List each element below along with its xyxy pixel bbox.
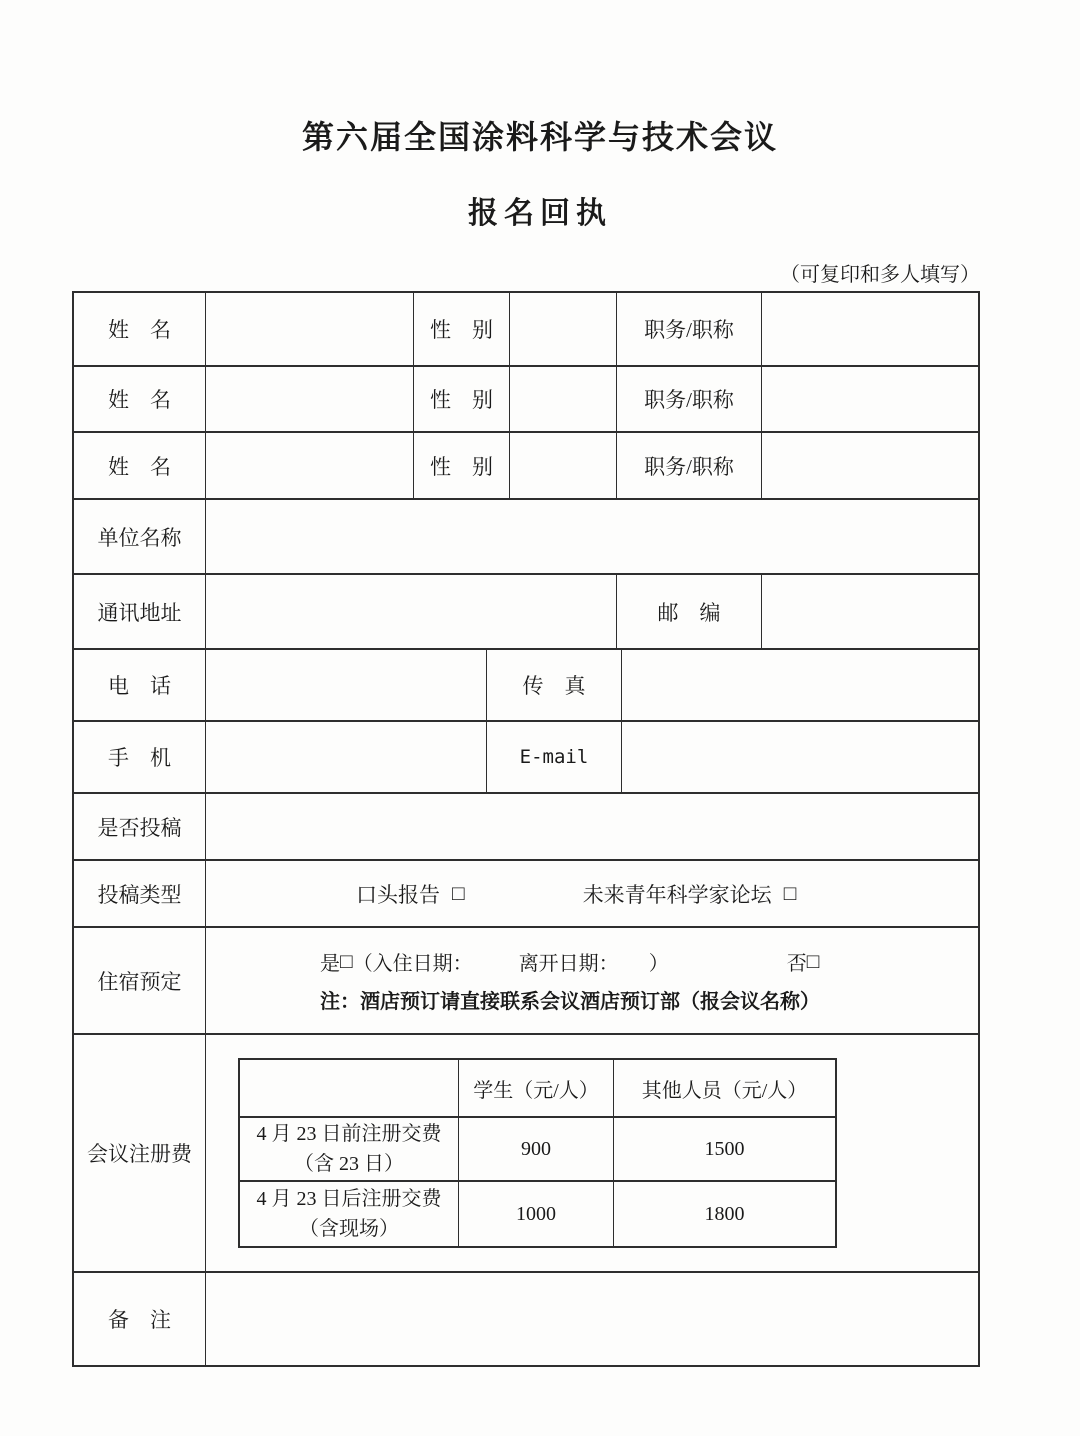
registration-fee-label: 会议注册费 — [87, 1138, 192, 1168]
mobile-input-cell[interactable] — [206, 722, 487, 794]
hotel-no-label: 否 — [787, 947, 807, 976]
position-input-cell-1[interactable] — [762, 293, 978, 367]
phone-row: 电 话 传 真 — [74, 650, 978, 722]
position-label-cell: 职务/职称 — [617, 293, 762, 367]
gender-label-cell: 性 别 — [414, 293, 510, 367]
name-label-cell: 姓 名 — [74, 433, 206, 500]
fee-early-student-cell: 900 — [459, 1118, 614, 1182]
submission-type-options-cell: 口头报告 □ 未来青年科学家论坛 □ — [206, 861, 978, 928]
gender-label-cell: 性 别 — [414, 367, 510, 433]
checkbox-icon[interactable]: □ — [340, 951, 353, 972]
fee-period-early-line1: 4 月 23 日前注册交费 — [257, 1119, 442, 1149]
name-row-1: 姓 名 性 别 职务/职称 — [74, 293, 978, 367]
address-row: 通讯地址 邮 编 — [74, 575, 978, 650]
gender-input-cell-3[interactable] — [510, 433, 617, 500]
hotel-booking-label-cell: 住宿预定 — [74, 928, 206, 1035]
registration-fee-label-cell: 会议注册费 — [74, 1035, 206, 1273]
email-label-cell: E-mail — [487, 722, 622, 794]
option-oral-report: 口头报告 □ — [356, 879, 465, 909]
registration-table: 姓 名 性 别 职务/职称 姓 名 性 别 职务/职称 姓 名 性 别 职务/职… — [72, 291, 980, 1367]
fee-header-other-cell: 其他人员（元/人） — [614, 1060, 835, 1118]
phone-input-cell[interactable] — [206, 650, 487, 722]
mobile-label: 手 机 — [108, 742, 171, 772]
postcode-input-cell[interactable] — [762, 575, 978, 650]
fee-period-early-cell: 4 月 23 日前注册交费 （含 23 日） — [240, 1118, 459, 1182]
submission-type-row: 投稿类型 口头报告 □ 未来青年科学家论坛 □ — [74, 861, 978, 928]
page-title: 第六届全国涂料科学与技术会议 — [0, 112, 1080, 158]
has-submission-label: 是否投稿 — [98, 812, 182, 842]
email-label: E-mail — [520, 746, 589, 768]
fee-header-student-cell: 学生（元/人） — [459, 1060, 614, 1118]
position-label: 职务/职称 — [644, 451, 734, 481]
mobile-row: 手 机 E-mail — [74, 722, 978, 794]
name-input-cell-1[interactable] — [206, 293, 414, 367]
gender-label: 性 别 — [430, 451, 493, 481]
checkbox-icon[interactable]: □ — [784, 883, 797, 904]
remarks-input-cell[interactable] — [206, 1273, 978, 1365]
fax-input-cell[interactable] — [622, 650, 978, 722]
name-label-cell: 姓 名 — [74, 367, 206, 433]
fee-early-student-value: 900 — [521, 1138, 551, 1161]
position-label-cell: 职务/职称 — [617, 433, 762, 500]
hotel-checkout-label: 离开日期： — [519, 947, 619, 976]
registration-fee-row: 会议注册费 学生（元/人） 其他人员（元/人） 4 月 23 日前注册交费 （含… — [74, 1035, 978, 1273]
fee-early-other-cell: 1500 — [614, 1118, 835, 1182]
fee-row-early: 4 月 23 日前注册交费 （含 23 日） 900 1500 — [240, 1118, 835, 1182]
option-oral-report-label: 口头报告 — [356, 879, 440, 909]
position-label: 职务/职称 — [644, 384, 734, 414]
fee-early-other-value: 1500 — [705, 1138, 745, 1161]
gender-label: 性 别 — [430, 384, 493, 414]
hotel-options-line: 是 □ （入住日期： 离开日期： ） 否 □ — [320, 947, 819, 976]
fee-period-late-line1: 4 月 23 日后注册交费 — [257, 1184, 442, 1214]
copy-note: （可复印和多人填写） — [780, 258, 980, 287]
name-row-3: 姓 名 性 别 职务/职称 — [74, 433, 978, 500]
gender-label: 性 别 — [430, 314, 493, 344]
fee-row-late: 4 月 23 日后注册交费 （含现场） 1000 1800 — [240, 1182, 835, 1246]
position-input-cell-2[interactable] — [762, 367, 978, 433]
fee-late-other-cell: 1800 — [614, 1182, 835, 1246]
gender-input-cell-2[interactable] — [510, 367, 617, 433]
fee-late-student-value: 1000 — [516, 1203, 556, 1226]
phone-label-cell: 电 话 — [74, 650, 206, 722]
address-input-cell[interactable] — [206, 575, 617, 650]
name-label-cell: 姓 名 — [74, 293, 206, 367]
name-input-cell-2[interactable] — [206, 367, 414, 433]
hotel-booking-label: 住宿预定 — [98, 966, 182, 996]
name-label: 姓 名 — [108, 451, 171, 481]
address-label-cell: 通讯地址 — [74, 575, 206, 650]
fax-label: 传 真 — [523, 670, 586, 700]
submission-type-label-cell: 投稿类型 — [74, 861, 206, 928]
gender-input-cell-1[interactable] — [510, 293, 617, 367]
mobile-label-cell: 手 机 — [74, 722, 206, 794]
fee-period-early-line2: （含 23 日） — [294, 1149, 404, 1179]
hotel-note-line: 注：酒店预订请直接联系会议酒店预订部（报会议名称） — [320, 985, 820, 1014]
has-submission-label-cell: 是否投稿 — [74, 794, 206, 861]
page-subtitle: 报名回执 — [0, 188, 1080, 232]
hotel-checkin-label: （入住日期： — [353, 947, 473, 976]
fax-label-cell: 传 真 — [487, 650, 622, 722]
email-input-cell[interactable] — [622, 722, 978, 794]
submission-type-label: 投稿类型 — [98, 879, 182, 909]
position-input-cell-3[interactable] — [762, 433, 978, 500]
has-submission-input-cell[interactable] — [206, 794, 978, 861]
position-label: 职务/职称 — [644, 314, 734, 344]
registration-fee-content-cell: 学生（元/人） 其他人员（元/人） 4 月 23 日前注册交费 （含 23 日）… — [206, 1035, 978, 1273]
name-row-2: 姓 名 性 别 职务/职称 — [74, 367, 978, 433]
hotel-close-paren: ） — [649, 947, 669, 976]
position-label-cell: 职务/职称 — [617, 367, 762, 433]
checkbox-icon[interactable]: □ — [807, 951, 820, 972]
checkbox-icon[interactable]: □ — [452, 883, 465, 904]
fee-period-late-line2: （含现场） — [299, 1214, 399, 1244]
fee-late-other-value: 1800 — [705, 1203, 745, 1226]
remarks-label: 备 注 — [108, 1304, 171, 1334]
phone-label: 电 话 — [108, 670, 171, 700]
registration-form-page: 第六届全国涂料科学与技术会议 报名回执 （可复印和多人填写） 姓 名 性 别 职… — [0, 0, 1080, 1436]
fee-header-blank-cell — [240, 1060, 459, 1118]
fee-late-student-cell: 1000 — [459, 1182, 614, 1246]
postcode-label: 邮 编 — [658, 597, 721, 627]
option-young-scientist-forum-label: 未来青年科学家论坛 — [583, 879, 772, 909]
name-label: 姓 名 — [108, 384, 171, 414]
fee-header-student-label: 学生（元/人） — [473, 1074, 599, 1103]
hotel-booking-content-cell: 是 □ （入住日期： 离开日期： ） 否 □ 注：酒店预订请直接联系会议酒店预订… — [206, 928, 978, 1035]
name-label: 姓 名 — [108, 314, 171, 344]
name-input-cell-3[interactable] — [206, 433, 414, 500]
organization-row: 单位名称 — [74, 500, 978, 575]
organization-input-cell[interactable] — [206, 500, 978, 575]
address-label: 通讯地址 — [98, 597, 182, 627]
has-submission-row: 是否投稿 — [74, 794, 978, 861]
fee-header-row: 学生（元/人） 其他人员（元/人） — [240, 1060, 835, 1118]
hotel-booking-row: 住宿预定 是 □ （入住日期： 离开日期： ） 否 □ 注：酒店预订请直接联系会… — [74, 928, 978, 1035]
fee-header-other-label: 其他人员（元/人） — [642, 1074, 808, 1103]
organization-label: 单位名称 — [98, 522, 182, 552]
fee-period-late-cell: 4 月 23 日后注册交费 （含现场） — [240, 1182, 459, 1246]
remarks-row: 备 注 — [74, 1273, 978, 1365]
remarks-label-cell: 备 注 — [74, 1273, 206, 1365]
organization-label-cell: 单位名称 — [74, 500, 206, 575]
hotel-yes-label: 是 — [320, 947, 340, 976]
gender-label-cell: 性 别 — [414, 433, 510, 500]
option-young-scientist-forum: 未来青年科学家论坛 □ — [583, 879, 797, 909]
fee-table: 学生（元/人） 其他人员（元/人） 4 月 23 日前注册交费 （含 23 日）… — [238, 1058, 837, 1248]
postcode-label-cell: 邮 编 — [617, 575, 762, 650]
